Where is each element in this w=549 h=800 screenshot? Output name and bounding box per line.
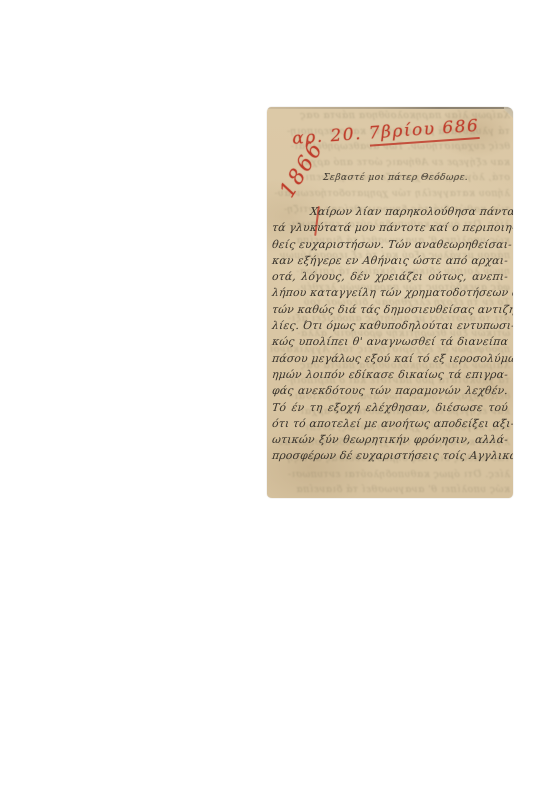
handwritten-line: ωτικών ξύν θεωρητικήν φρόνησιν, αλλά- (271, 432, 509, 448)
handwritten-line: προσφέρων δέ ευχαριστήσεις τοίς Αγγλικαν… (271, 448, 509, 464)
handwritten-line: λήπου καταγγείλη τών χρηματοδοτήσεων αυ- (271, 285, 509, 301)
handwritten-line: Χαίρων λίαν παρηκολούθησα πάντα σας (271, 204, 509, 220)
handwritten-line: τά γλυκύτατά μου πάντοτε καί ο περιποιη- (271, 220, 509, 236)
handwritten-line: θείς ευχαριστήσων. Τών αναθεωρηθείσαι- (271, 237, 509, 253)
handwritten-line: Τό έν τη εξοχή ελέχθησαν, διέσωσε τού (271, 400, 509, 416)
handwritten-line: πάσου μεγάλως εξού καί τό εξ ιεροσολύμων (271, 351, 509, 367)
scanned-letter: Χαίρων λίαν παρηκολούθησα πάντα σαςτά γλ… (267, 107, 513, 498)
red-archive-annotation: αρ. 20. 7βρίου 686 (292, 114, 503, 149)
bleedthrough-line: λίες. Ότι όμως καθυποδηλούται εντυπωσι- (270, 467, 510, 483)
bleedthrough-line: λήπου καταγγείλη τών χρηματοδοτήσεων αυ- (270, 186, 510, 202)
salutation-line: Σεβαστέ μοι πάτερ Θεόδωρε. (322, 173, 483, 183)
letter-body: Χαίρων λίαν παρηκολούθησα πάντα σαςτά γλ… (272, 204, 508, 465)
bleedthrough-line: κώς υπολίπει θ' αναγνωσθεί τά διανείπα (270, 482, 510, 498)
handwritten-line: φάς ανεκδότους τών παραμονών λεχθέν. (271, 383, 509, 399)
handwritten-line: λίες. Ότι όμως καθυποδηλούται εντυπωσι- (271, 318, 509, 334)
handwritten-line: καν εξήγερε εν Αθήναις ώστε από αρχαι- (271, 253, 509, 269)
red-annotation-underlined: 7βρίου 686 (368, 116, 480, 147)
handwritten-line: ότι τό αποτελεί με ανοήτως αποδείξει αξι… (271, 416, 509, 432)
corner-fold (504, 107, 513, 118)
handwritten-line: ημών λοιπόν εδίκασε δικαίως τά επιγρα- (271, 367, 509, 383)
red-diagonal-annotation: 1866 (275, 137, 328, 202)
paper-top-edge-shadow (267, 107, 513, 109)
scan-page: Χαίρων λίαν παρηκολούθησα πάντα σαςτά γλ… (0, 0, 549, 800)
handwritten-line: κώς υπολίπει θ' αναγνωσθεί τά διανείπα (271, 334, 509, 350)
handwritten-line: οτά, λόγους, δέν χρειάζει ούτως, ανεπι- (271, 269, 509, 285)
handwritten-line: τών καθώς διά τάς δημοσιευθείσας αντιζη- (271, 302, 509, 318)
